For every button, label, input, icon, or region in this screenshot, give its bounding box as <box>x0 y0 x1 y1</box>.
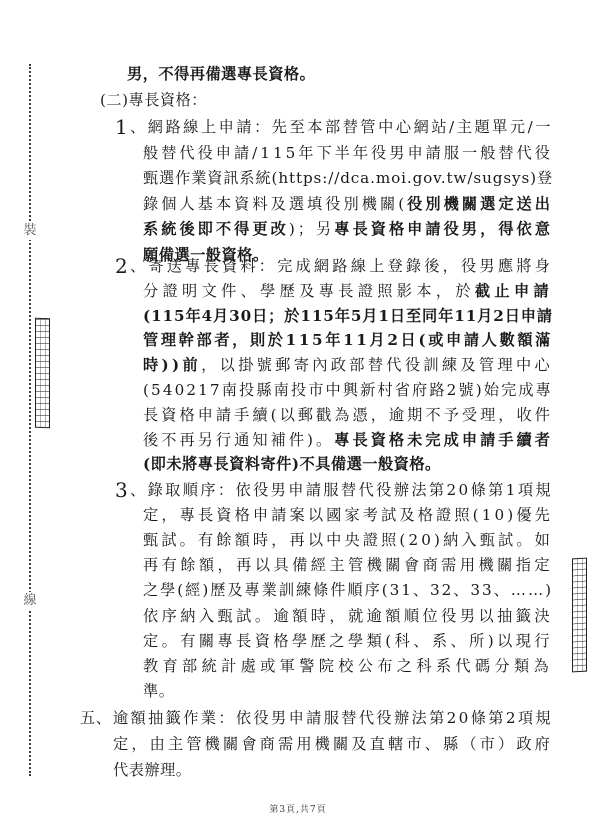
item-line: 後不再另行通知補件)。專長資格未完成申請手續者 <box>143 430 553 450</box>
text: 依序納入甄試。逾額時，就逾額順位役男以抽籤決 <box>143 607 553 625</box>
item-line: 、網路線上申請：先至本部替管中心網站/主題單元/一 <box>130 117 553 137</box>
text: (540217南投縣南投市中興新村省府路2號)始完成專 <box>143 381 553 399</box>
text: 之學(經)歷及專業訓練條件順序(31、32、33、……) <box>143 581 553 599</box>
text: 、網路線上申請：先至本部替管中心網站/主題單元/一 <box>130 118 553 136</box>
text: 般替代役申請/115年下半年役男申請服一般替代役 <box>143 144 553 162</box>
text: 準。 <box>143 682 174 700</box>
bold-text: 專長資格未完成申請手續者 <box>334 431 553 449</box>
text: 定。有關專長資格學歷之學類(科、系、所)以現行 <box>143 632 553 650</box>
page-number: 第3頁,共7頁 <box>0 802 596 815</box>
bold-text: 役別機關選定送出 <box>407 195 553 213</box>
item-line: 分證明文件、學歷及專長證照影本，於截止申請 <box>143 281 553 301</box>
item-line: 長資格申請手續(以郵戳為憑，逾期不予受理，收件 <box>143 405 553 425</box>
item-line: 般替代役申請/115年下半年役男申請服一般替代役 <box>143 143 553 163</box>
continuation-text: 男，不得再備選專長資格。 <box>127 64 315 84</box>
text: ，以掛號郵寄內政部替代役訓練及管理中心 <box>201 356 553 374</box>
bold-text: 系統後即不得更改 <box>143 220 289 238</box>
item-line: (115年4月30日；於115年5月1日至同年11月2日申請 <box>143 306 553 326</box>
binding-mark-bottom: 線 <box>21 592 39 610</box>
section-five-line: 定，由主管機關會商需用機關及直轄市、縣（市）政府 <box>113 734 553 754</box>
item-line: 、寄送專長資料：完成網路線上登錄後，役男應將身 <box>130 256 553 276</box>
text: 後不再另行通知補件)。 <box>143 431 334 449</box>
item-line: 之學(經)歷及專業訓練條件順序(31、32、33、……) <box>143 580 553 600</box>
item-line: 、錄取順序：依役男申請服替代役辦法第20條第1項規 <box>130 480 553 500</box>
item-line: 定，專長資格申請案以國家考試及格證照(10)優先 <box>143 505 553 525</box>
item-line: (540217南投縣南投市中興新村省府路2號)始完成專 <box>143 380 553 400</box>
text: 、寄送專長資料：完成網路線上登錄後，役男應將身 <box>130 257 553 275</box>
text: 甄選作業資訊系統(https://dca.moi.gov.tw/sugsys)登 <box>143 169 553 187</box>
item-line: 教育部統計處或軍警院校公布之科系代碼分類為 <box>143 656 553 676</box>
item-line: (即未將專長資料寄件)不具備選一般資格。 <box>143 454 441 474</box>
item-line: 管理幹部者，則於115年11月2日(或申請人數額滿 <box>143 330 553 350</box>
item-line: 錄個人基本資料及選填役別機關(役別機關選定送出 <box>143 194 553 214</box>
section-five-line: 逾額抽籤作業：依役男申請服替代役辦法第20條第2項規 <box>113 708 553 728</box>
text: 分證明文件、學歷及專長證照影本，於 <box>143 282 475 300</box>
bold-text: (115年4月30日；於115年5月1日至同年11月2日申請 <box>143 307 553 325</box>
text: 錄個人基本資料及選填役別機關( <box>143 195 407 213</box>
text: 定，專長資格申請案以國家考試及格證照(10)優先 <box>143 506 553 524</box>
binding-dotted-line <box>29 64 31 776</box>
item-line: 再有餘額，再以具備經主管機關會商需用機關指定 <box>143 555 553 575</box>
text: 教育部統計處或軍警院校公布之科系代碼分類為 <box>143 657 553 675</box>
item-number: 2 <box>115 256 128 276</box>
bold-text: (即未將專長資料寄件)不具備選一般資格。 <box>143 455 441 473</box>
text: 、錄取順序：依役男申請服替代役辦法第20條第1項規 <box>130 481 553 499</box>
item-line: 時))前，以掛號郵寄內政部替代役訓練及管理中心 <box>143 355 553 375</box>
item-line: 甄選作業資訊系統(https://dca.moi.gov.tw/sugsys)登 <box>143 168 553 188</box>
item-line: 定。有關專長資格學歷之學類(科、系、所)以現行 <box>143 631 553 651</box>
text: 長資格申請手續(以郵戳為憑，逾期不予受理，收件 <box>143 406 553 424</box>
section-heading: (二)專長資格： <box>100 90 207 110</box>
bold-text: 截止申請 <box>475 282 553 300</box>
bold-text: 專長資格申請役男，得依意 <box>334 220 553 238</box>
seal-stamp-left <box>35 318 50 429</box>
item-line: 準。 <box>143 681 174 701</box>
section-five-label: 五、 <box>80 708 111 728</box>
text: 甄試。有餘額時，再以中央證照(20)納入甄試。如 <box>143 531 553 549</box>
item-number: 1 <box>115 117 128 137</box>
text: )；另 <box>289 220 334 238</box>
item-line: 系統後即不得更改)；另專長資格申請役男，得依意 <box>143 219 553 239</box>
item-line: 甄試。有餘額時，再以中央證照(20)納入甄試。如 <box>143 530 553 550</box>
text: 再有餘額，再以具備經主管機關會商需用機關指定 <box>143 556 553 574</box>
item-number: 3 <box>115 480 128 500</box>
bold-text: 時))前 <box>143 356 201 374</box>
document-page: 裝 線 男，不得再備選專長資格。 (二)專長資格： 1、網路線上申請：先至本部替… <box>0 0 596 834</box>
seal-stamp-right <box>572 558 587 673</box>
section-five-line: 代表辦理。 <box>113 760 191 780</box>
item-line: 依序納入甄試。逾額時，就逾額順位役男以抽籤決 <box>143 606 553 626</box>
bold-text: 管理幹部者，則於115年11月2日(或申請人數額滿 <box>143 331 553 349</box>
binding-mark-top: 裝 <box>21 222 39 240</box>
